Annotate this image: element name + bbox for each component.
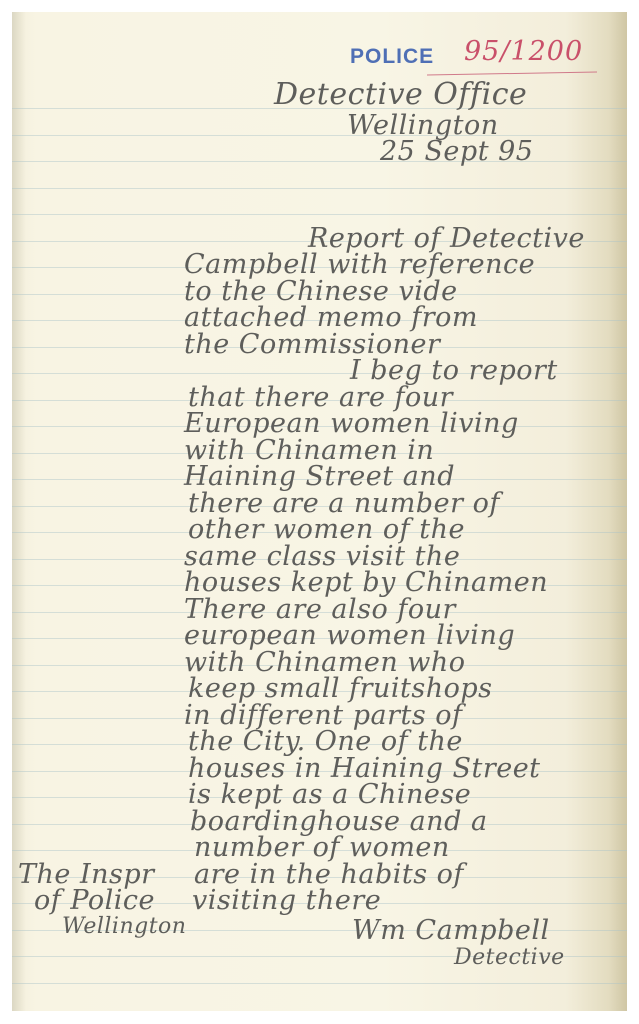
header-office: Detective Office	[274, 80, 527, 110]
body-line: Haining Street and	[184, 463, 455, 490]
body-line: to the Chinese vide	[184, 278, 458, 305]
body-line: the City. One of the	[188, 728, 463, 755]
body-line: boardinghouse and a	[190, 808, 488, 835]
document-page: POLICE 95/1200 Detective Office Wellingt…	[12, 12, 627, 1011]
reference-number: 95/1200	[464, 36, 583, 67]
header-date: 25 Sept 95	[380, 138, 534, 165]
body-line: Campbell with reference	[184, 251, 535, 278]
body-line: European women living	[184, 410, 519, 437]
ruled-line	[12, 214, 627, 215]
addressee-line: The Inspr	[18, 861, 155, 888]
body-line: are in the habits of	[194, 861, 464, 888]
body-line: Report of Detective	[308, 225, 585, 252]
ruled-line	[12, 161, 627, 162]
body-line: in different parts of	[184, 702, 463, 729]
body-line: the Commissioner	[184, 331, 440, 358]
signature-name: Wm Campbell	[352, 917, 550, 944]
body-line: I beg to report	[350, 357, 558, 384]
body-line: european women living	[184, 622, 515, 649]
signature-title: Detective	[454, 947, 565, 969]
addressee-line: of Police	[34, 887, 155, 914]
body-line: that there are four	[188, 384, 453, 411]
body-line: houses kept by Chinamen	[184, 569, 548, 596]
ruled-line	[12, 188, 627, 189]
body-line: attached memo from	[184, 304, 478, 331]
body-line: same class visit the	[184, 543, 460, 570]
body-line: is kept as a Chinese	[188, 781, 471, 808]
body-line: There are also four	[184, 596, 456, 623]
body-line: with Chinamen who	[184, 649, 466, 676]
police-stamp: POLICE	[350, 45, 434, 69]
header-location: Wellington	[347, 112, 499, 139]
addressee-line: Wellington	[62, 916, 186, 938]
body-line: there are a number of	[188, 490, 500, 517]
body-line: other women of the	[188, 516, 465, 543]
body-line: with Chinamen in	[184, 437, 434, 464]
body-line: number of women	[194, 834, 450, 861]
body-line: keep small fruitshops	[188, 675, 493, 702]
body-line: houses in Haining Street	[188, 755, 541, 782]
ruled-line	[12, 983, 627, 984]
body-line: visiting there	[192, 887, 381, 914]
reference-underline	[427, 72, 597, 76]
ruled-line	[12, 135, 627, 136]
